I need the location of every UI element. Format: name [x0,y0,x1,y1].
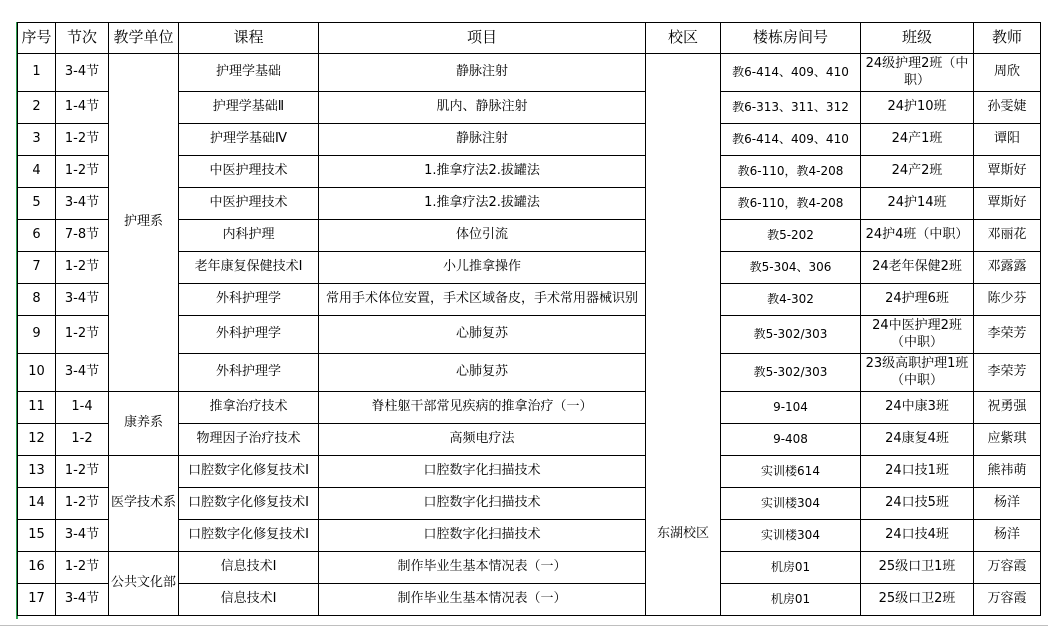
cell-no: 7 [18,252,56,284]
cell-class: 24口技5班 [861,488,974,520]
cell-campus: 东湖校区 [646,54,721,616]
cell-course: 信息技术I [179,552,319,584]
cell-project: 高频电疗法 [319,424,646,456]
cell-class: 24口技4班 [861,520,974,552]
cell-project: 常用手术体位安置，手术区域备皮，手术常用器械识别 [319,284,646,316]
cell-teacher: 覃斯好 [974,156,1041,188]
cell-teacher: 陈少芬 [974,284,1041,316]
cell-room: 机房01 [721,584,861,616]
table-row: 111-4康养系推拿治疗技术脊柱躯干部常见疾病的推拿治疗（一）9-10424中康… [18,392,1041,424]
cell-room: 实训楼304 [721,520,861,552]
cell-course: 中医护理技术 [179,188,319,220]
cell-course: 外科护理学 [179,354,319,392]
cell-teacher: 周欣 [974,54,1041,92]
cell-teacher: 邓露露 [974,252,1041,284]
cell-period: 1-2节 [56,252,109,284]
cell-period: 1-2节 [56,456,109,488]
cell-teacher: 谭阳 [974,124,1041,156]
cell-period: 1-2节 [56,316,109,354]
cell-teacher: 孙雯婕 [974,92,1041,124]
cell-teacher: 李荣芳 [974,354,1041,392]
col-header-unit: 教学单位 [109,23,179,54]
cell-room: 机房01 [721,552,861,584]
cell-course: 外科护理学 [179,284,319,316]
col-header-teacher: 教师 [974,23,1041,54]
cell-class: 24护4班（中职） [861,220,974,252]
course-schedule-table: 序号 节次 教学单位 课程 项目 校区 楼栋房间号 班级 教师 13-4节护理系… [17,22,1041,616]
cell-no: 6 [18,220,56,252]
table-row: 13-4节护理系护理学基础静脉注射东湖校区教6-414、409、41024级护理… [18,54,1041,92]
cell-project: 小儿推拿操作 [319,252,646,284]
cell-teacher: 邓丽花 [974,220,1041,252]
cell-project: 口腔数字化扫描技术 [319,456,646,488]
page-boundary-line [0,625,1048,626]
cell-room: 教5-304、306 [721,252,861,284]
cell-class: 24护理6班 [861,284,974,316]
cell-room: 实训楼614 [721,456,861,488]
cell-no: 5 [18,188,56,220]
cell-no: 3 [18,124,56,156]
cell-course: 外科护理学 [179,316,319,354]
cell-no: 10 [18,354,56,392]
cell-class: 24护10班 [861,92,974,124]
cell-project: 体位引流 [319,220,646,252]
cell-unit: 康养系 [109,392,179,456]
cell-teacher: 覃斯好 [974,188,1041,220]
cell-period: 3-4节 [56,584,109,616]
cell-room: 教6-110，教4-208 [721,188,861,220]
header-row: 序号 节次 教学单位 课程 项目 校区 楼栋房间号 班级 教师 [18,23,1041,54]
col-header-no: 序号 [18,23,56,54]
cell-teacher: 李荣芳 [974,316,1041,354]
cell-project: 口腔数字化扫描技术 [319,520,646,552]
cell-teacher: 祝勇强 [974,392,1041,424]
cell-period: 1-2节 [56,156,109,188]
col-header-room: 楼栋房间号 [721,23,861,54]
cell-period: 3-4节 [56,54,109,92]
cell-project: 1.推拿疗法2.拔罐法 [319,188,646,220]
cell-period: 1-2节 [56,488,109,520]
cell-period: 1-2 [56,424,109,456]
cell-class: 24口技1班 [861,456,974,488]
cell-course: 护理学基础 [179,54,319,92]
cell-unit: 公共文化部 [109,552,179,616]
cell-class: 24中康3班 [861,392,974,424]
cell-course: 物理因子治疗技术 [179,424,319,456]
cell-period: 3-4节 [56,354,109,392]
cell-course: 老年康复保健技术I [179,252,319,284]
cell-teacher: 杨洋 [974,520,1041,552]
cell-room: 教6-414、409、410 [721,54,861,92]
cell-class: 23级高职护理1班（中职） [861,354,974,392]
cell-course: 口腔数字化修复技术I [179,456,319,488]
cell-course: 口腔数字化修复技术I [179,488,319,520]
cell-class: 24康复4班 [861,424,974,456]
cell-project: 心肺复苏 [319,316,646,354]
cell-course: 内科护理 [179,220,319,252]
cell-no: 9 [18,316,56,354]
cell-class: 24护14班 [861,188,974,220]
cell-no: 15 [18,520,56,552]
cell-class: 24产2班 [861,156,974,188]
cell-no: 2 [18,92,56,124]
cell-room: 教4-302 [721,284,861,316]
cell-room: 9-104 [721,392,861,424]
cell-teacher: 熊祎萌 [974,456,1041,488]
cell-teacher: 杨洋 [974,488,1041,520]
cell-course: 护理学基础Ⅱ [179,92,319,124]
cell-class: 25级口卫2班 [861,584,974,616]
cell-room: 教5-302/303 [721,354,861,392]
cell-course: 中医护理技术 [179,156,319,188]
cell-course: 信息技术I [179,584,319,616]
cell-no: 13 [18,456,56,488]
col-header-course: 课程 [179,23,319,54]
cell-class: 25级口卫1班 [861,552,974,584]
cell-project: 制作毕业生基本情况表（一） [319,552,646,584]
cell-class: 24老年保健2班 [861,252,974,284]
cell-no: 8 [18,284,56,316]
cell-no: 4 [18,156,56,188]
cell-teacher: 万容霞 [974,552,1041,584]
cell-room: 教5-202 [721,220,861,252]
cell-course: 推拿治疗技术 [179,392,319,424]
cell-period: 1-2节 [56,124,109,156]
cell-no: 17 [18,584,56,616]
cell-room: 9-408 [721,424,861,456]
cell-class: 24产1班 [861,124,974,156]
cell-course: 护理学基础Ⅳ [179,124,319,156]
cell-no: 1 [18,54,56,92]
cell-room: 实训楼304 [721,488,861,520]
cell-no: 11 [18,392,56,424]
cell-teacher: 万容霞 [974,584,1041,616]
col-header-period: 节次 [56,23,109,54]
cell-project: 肌内、静脉注射 [319,92,646,124]
cell-course: 口腔数字化修复技术I [179,520,319,552]
cell-project: 1.推拿疗法2.拔罐法 [319,156,646,188]
cell-class: 24中医护理2班（中职） [861,316,974,354]
cell-period: 1-2节 [56,552,109,584]
cell-room: 教6-313、311、312 [721,92,861,124]
cell-class: 24级护理2班（中职） [861,54,974,92]
cell-project: 脊柱躯干部常见疾病的推拿治疗（一） [319,392,646,424]
cell-room: 教6-414、409、410 [721,124,861,156]
cell-period: 3-4节 [56,520,109,552]
cell-teacher: 应紫琪 [974,424,1041,456]
cell-room: 教5-302/303 [721,316,861,354]
cell-period: 3-4节 [56,188,109,220]
campus-label: 东湖校区 [646,526,720,543]
cell-project: 制作毕业生基本情况表（一） [319,584,646,616]
table-row: 131-2节医学技术系口腔数字化修复技术I口腔数字化扫描技术实训楼61424口技… [18,456,1041,488]
cell-period: 3-4节 [56,284,109,316]
cell-room: 教6-110，教4-208 [721,156,861,188]
schedule-body: 13-4节护理系护理学基础静脉注射东湖校区教6-414、409、41024级护理… [18,54,1041,616]
cell-unit: 护理系 [109,54,179,392]
col-header-campus: 校区 [646,23,721,54]
col-header-class: 班级 [861,23,974,54]
cell-project: 静脉注射 [319,124,646,156]
cell-unit: 医学技术系 [109,456,179,552]
cell-no: 14 [18,488,56,520]
cell-project: 静脉注射 [319,54,646,92]
cell-period: 1-4 [56,392,109,424]
cell-period: 7-8节 [56,220,109,252]
table-row: 161-2节公共文化部信息技术I制作毕业生基本情况表（一）机房0125级口卫1班… [18,552,1041,584]
col-header-project: 项目 [319,23,646,54]
cell-project: 心肺复苏 [319,354,646,392]
cell-no: 12 [18,424,56,456]
cell-project: 口腔数字化扫描技术 [319,488,646,520]
cell-no: 16 [18,552,56,584]
cell-period: 1-4节 [56,92,109,124]
